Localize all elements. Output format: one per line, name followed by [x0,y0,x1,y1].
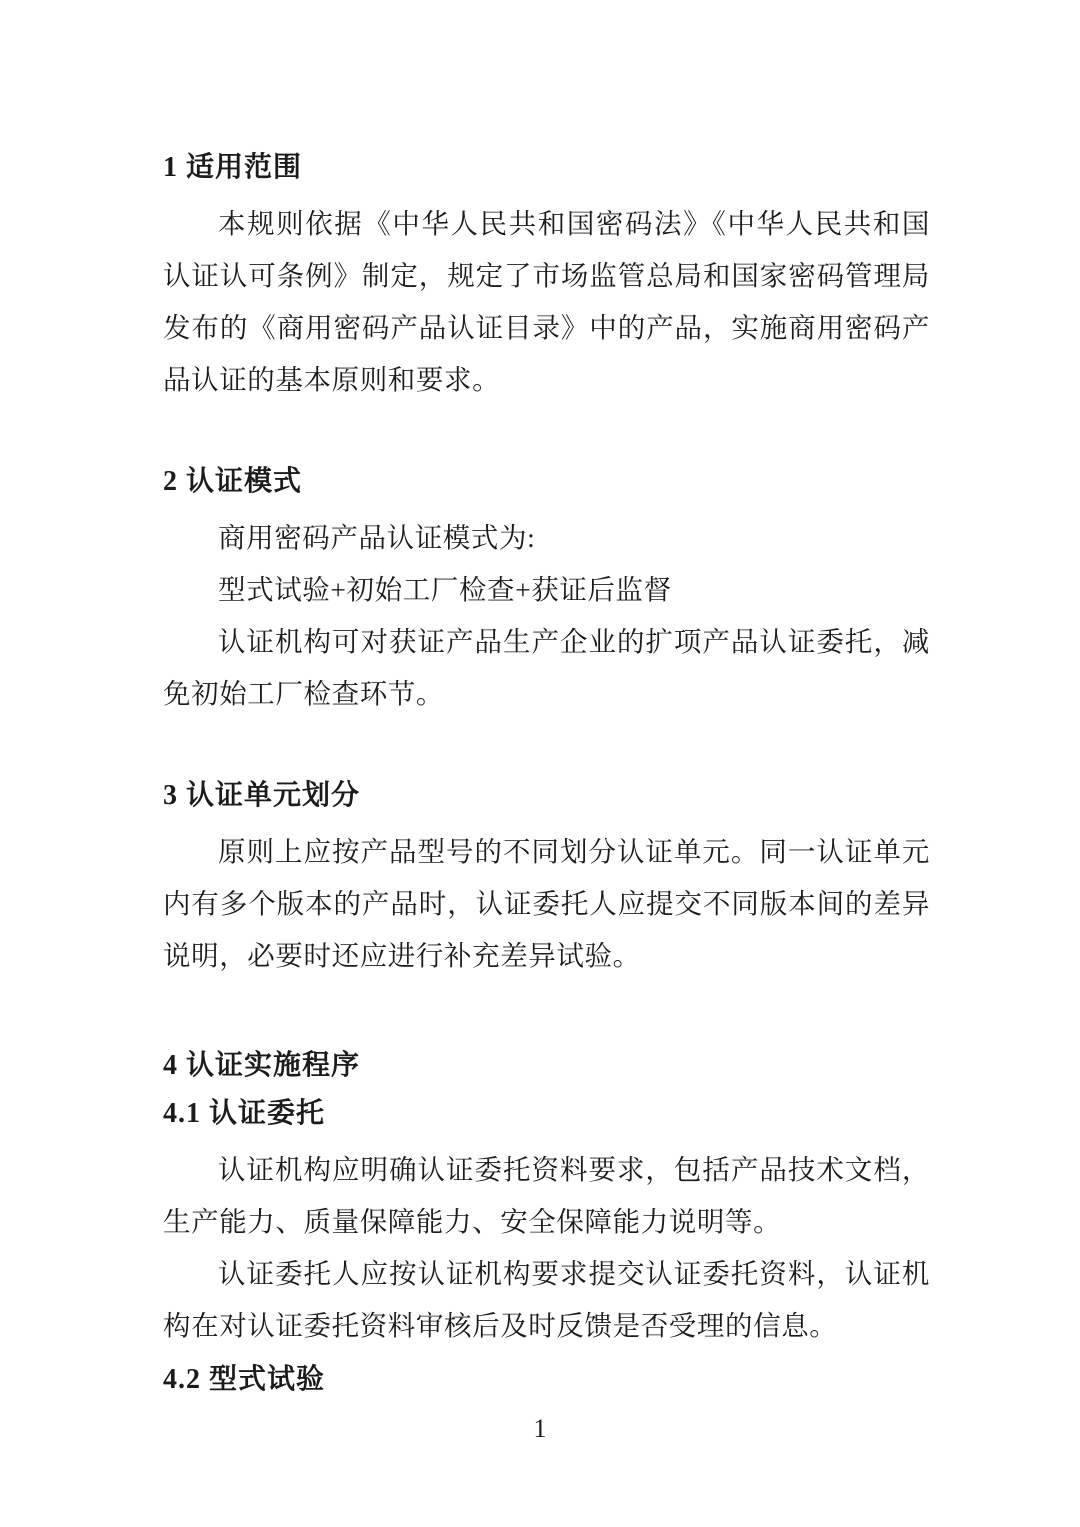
section-3-heading: 3 认证单元划分 [163,776,930,816]
document-body: 1 适用范围 本规则依据《中华人民共和国密码法》《中华人民共和国认证认可条例》制… [0,0,1080,1400]
page-number: 1 [0,1414,1080,1444]
section-2-paragraph-1: 商用密码产品认证模式为: [163,512,930,564]
section-1-paragraph: 本规则依据《中华人民共和国密码法》《中华人民共和国认证认可条例》制定，规定了市场… [163,198,930,406]
document-page: 1 适用范围 本规则依据《中华人民共和国密码法》《中华人民共和国认证认可条例》制… [0,0,1080,1527]
section-3-paragraph: 原则上应按产品型号的不同划分认证单元。同一认证单元内有多个版本的产品时，认证委托… [163,826,930,982]
section-1-heading: 1 适用范围 [163,148,930,188]
section-4-2-heading: 4.2 型式试验 [163,1360,930,1400]
section-4-heading: 4 认证实施程序 [163,1046,930,1086]
section-4-1-paragraph-2: 认证委托人应按认证机构要求提交认证委托资料，认证机构在对认证委托资料审核后及时反… [163,1248,930,1352]
section-2-paragraph-2: 型式试验+初始工厂检查+获证后监督 [163,564,930,616]
section-2-heading: 2 认证模式 [163,462,930,502]
section-4-1-paragraph-1: 认证机构应明确认证委托资料要求，包括产品技术文档，生产能力、质量保障能力、安全保… [163,1144,930,1248]
section-4-1-heading: 4.1 认证委托 [163,1094,930,1134]
section-2-paragraph-3: 认证机构可对获证产品生产企业的扩项产品认证委托，减免初始工厂检查环节。 [163,616,930,720]
